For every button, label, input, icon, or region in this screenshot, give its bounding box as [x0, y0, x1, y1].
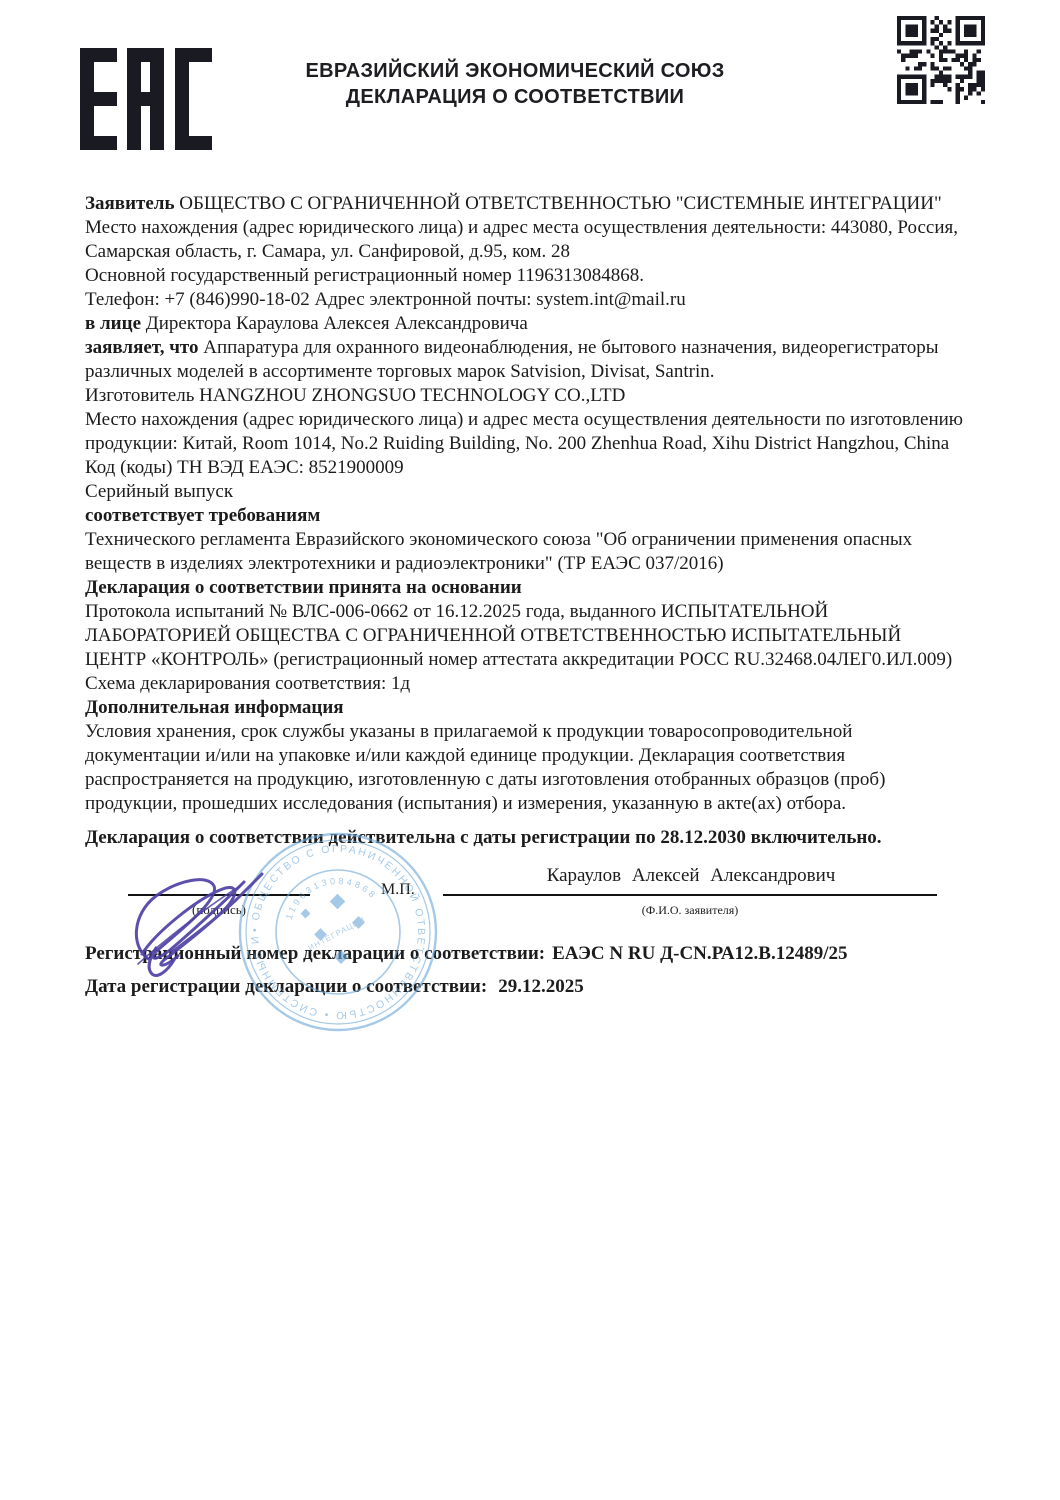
paragraph: Серийный выпуск	[85, 480, 965, 504]
paragraph: Заявитель ОБЩЕСТВО С ОГРАНИЧЕННОЙ ОТВЕТС…	[85, 192, 965, 216]
paragraph: Условия хранения, срок службы указаны в …	[85, 720, 965, 816]
paragraph: Телефон: +7 (846)990-18-02 Адрес электро…	[85, 288, 965, 312]
declaration-page: ЕВРАЗИЙСКИЙ ЭКОНОМИЧЕСКИЙ СОЮЗ ДЕКЛАРАЦИ…	[0, 0, 1060, 1500]
signature-line	[128, 894, 310, 896]
registration-date-line: Дата регистрации декларации о соответств…	[85, 975, 965, 999]
paragraph: Декларация о соответствии принята на осн…	[85, 576, 965, 600]
stamp-place-label: М.П.	[381, 878, 415, 902]
paragraph: Технического регламента Евразийского эко…	[85, 528, 965, 576]
registration-date-label: Дата регистрации декларации о соответств…	[85, 976, 487, 997]
header-titles: ЕВРАЗИЙСКИЙ ЭКОНОМИЧЕСКИЙ СОЮЗ ДЕКЛАРАЦИ…	[190, 58, 840, 110]
paragraph: Схема декларирования соответствия: 1д	[85, 672, 965, 696]
paragraph: Место нахождения (адрес юридического лиц…	[85, 408, 965, 456]
paragraph: Протокола испытаний № ВЛС-006-0662 от 16…	[85, 600, 965, 672]
signature-row: (подпись) М.П. Караулов Алексей Александ…	[85, 850, 965, 922]
document-body: Заявитель ОБЩЕСТВО С ОГРАНИЧЕННОЙ ОТВЕТС…	[85, 192, 965, 999]
paragraph: заявляет, что Аппаратура для охранного в…	[85, 336, 965, 384]
paragraph: в лице Директора Караулова Алексея Алекс…	[85, 312, 965, 336]
paragraph: Основной государственный регистрационный…	[85, 264, 965, 288]
applicant-name-line	[443, 894, 937, 896]
validity-statement: Декларация о соответствии действительна …	[85, 826, 965, 850]
qr-code	[897, 16, 985, 104]
registration-date-value: 29.12.2025	[498, 976, 584, 997]
signature-caption: (подпись)	[128, 898, 310, 922]
paragraph: Изготовитель HANGZHOU ZHONGSUO TECHNOLOG…	[85, 384, 965, 408]
registration-number-label: Регистрационный номер декларации о соотв…	[85, 943, 545, 964]
applicant-name: Караулов Алексей Александрович	[445, 864, 937, 888]
registration-number-value: ЕАЭС N RU Д-CN.РА12.В.12489/25	[552, 943, 847, 964]
registration-number-line: Регистрационный номер декларации о соотв…	[85, 942, 965, 966]
paragraph: Дополнительная информация	[85, 696, 965, 720]
header-union-line: ЕВРАЗИЙСКИЙ ЭКОНОМИЧЕСКИЙ СОЮЗ	[190, 58, 840, 84]
paragraph-list: Заявитель ОБЩЕСТВО С ОГРАНИЧЕННОЙ ОТВЕТС…	[85, 192, 965, 816]
paragraph: Код (коды) ТН ВЭД ЕАЭС: 8521900009	[85, 456, 965, 480]
header-doc-type-line: ДЕКЛАРАЦИЯ О СООТВЕТСТВИИ	[190, 84, 840, 110]
applicant-name-caption: (Ф.И.О. заявителя)	[443, 898, 937, 922]
paragraph: Место нахождения (адрес юридического лиц…	[85, 216, 965, 264]
paragraph: соответствует требованиям	[85, 504, 965, 528]
